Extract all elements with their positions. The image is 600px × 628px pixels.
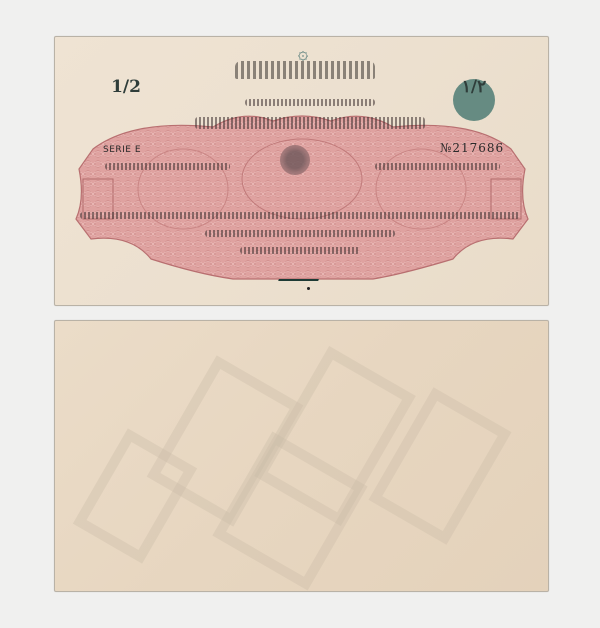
banknote-back	[54, 320, 549, 592]
calligraphy-line	[105, 163, 230, 170]
ornamental-cartouche	[73, 109, 531, 281]
signature	[278, 271, 322, 281]
calligraphy-line	[375, 163, 500, 170]
header-calligraphy	[235, 61, 375, 79]
serial-number: №217686	[440, 141, 504, 155]
ink-dot	[307, 287, 310, 290]
calligraphy-line	[195, 117, 425, 129]
series-label: SERIE E	[103, 145, 141, 155]
denomination-right: ١/٢	[449, 77, 499, 97]
central-seal	[280, 145, 310, 175]
denomination-left: 1/2	[101, 77, 151, 97]
calligraphy-line	[80, 212, 520, 219]
calligraphy-line	[245, 99, 375, 106]
banknote-front: ۞ 1/2 ١/٢ SERIE E №217686	[54, 36, 549, 306]
denomination-medallion-right: ١/٢	[449, 73, 499, 123]
calligraphy-line	[240, 247, 360, 254]
denomination-medallion-left: 1/2	[101, 73, 151, 123]
calligraphy-line	[205, 230, 395, 237]
